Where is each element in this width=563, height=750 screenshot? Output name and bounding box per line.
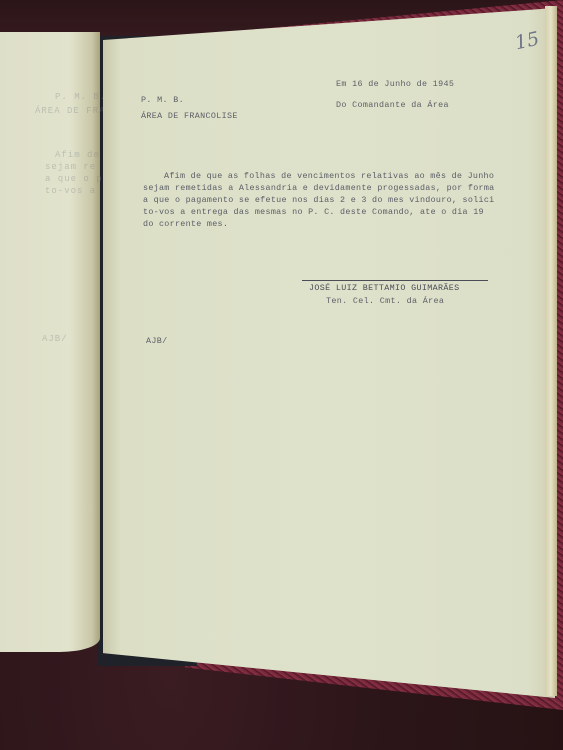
body-line: sejam remetidas a Alessandria e devidame…: [143, 183, 495, 193]
from-line: Do Comandante da Área: [336, 101, 449, 109]
body-line: a que o pagamento se efetue nos dias 2 e…: [143, 195, 495, 205]
body-line: Afim de que as folhas de vencimentos rel…: [164, 171, 494, 181]
body-line: do corrente mes.: [143, 219, 228, 229]
ghost-text: AJB/: [42, 334, 68, 344]
ghost-text: to-vos a: [45, 186, 96, 196]
signatory-title: Ten. Cel. Cmt. da Área: [326, 297, 444, 305]
date-line: Em 16 de Junho de 1945: [336, 80, 454, 88]
signatory-name: JOSÉ LUIZ BETTAMIO GUIMARÃES: [309, 284, 460, 292]
ghost-text: sejam re: [45, 162, 96, 172]
body-line: to-vos a entrega das mesmas no P. C. des…: [143, 207, 484, 217]
ghost-text: Afim de: [55, 150, 100, 160]
ghost-text: a que o p: [45, 174, 103, 184]
facing-page: P. M. B. ÁREA DE FRANC Afim de sejam re …: [0, 32, 100, 652]
ghost-text: P. M. B.: [55, 92, 106, 102]
page-edges: [545, 6, 557, 696]
signature-line: [302, 280, 488, 281]
reference-initials: AJB/: [146, 337, 168, 345]
sender-code: P. M. B.: [141, 96, 184, 104]
addressee-line: ÁREA DE FRANCOLISE: [141, 112, 238, 120]
